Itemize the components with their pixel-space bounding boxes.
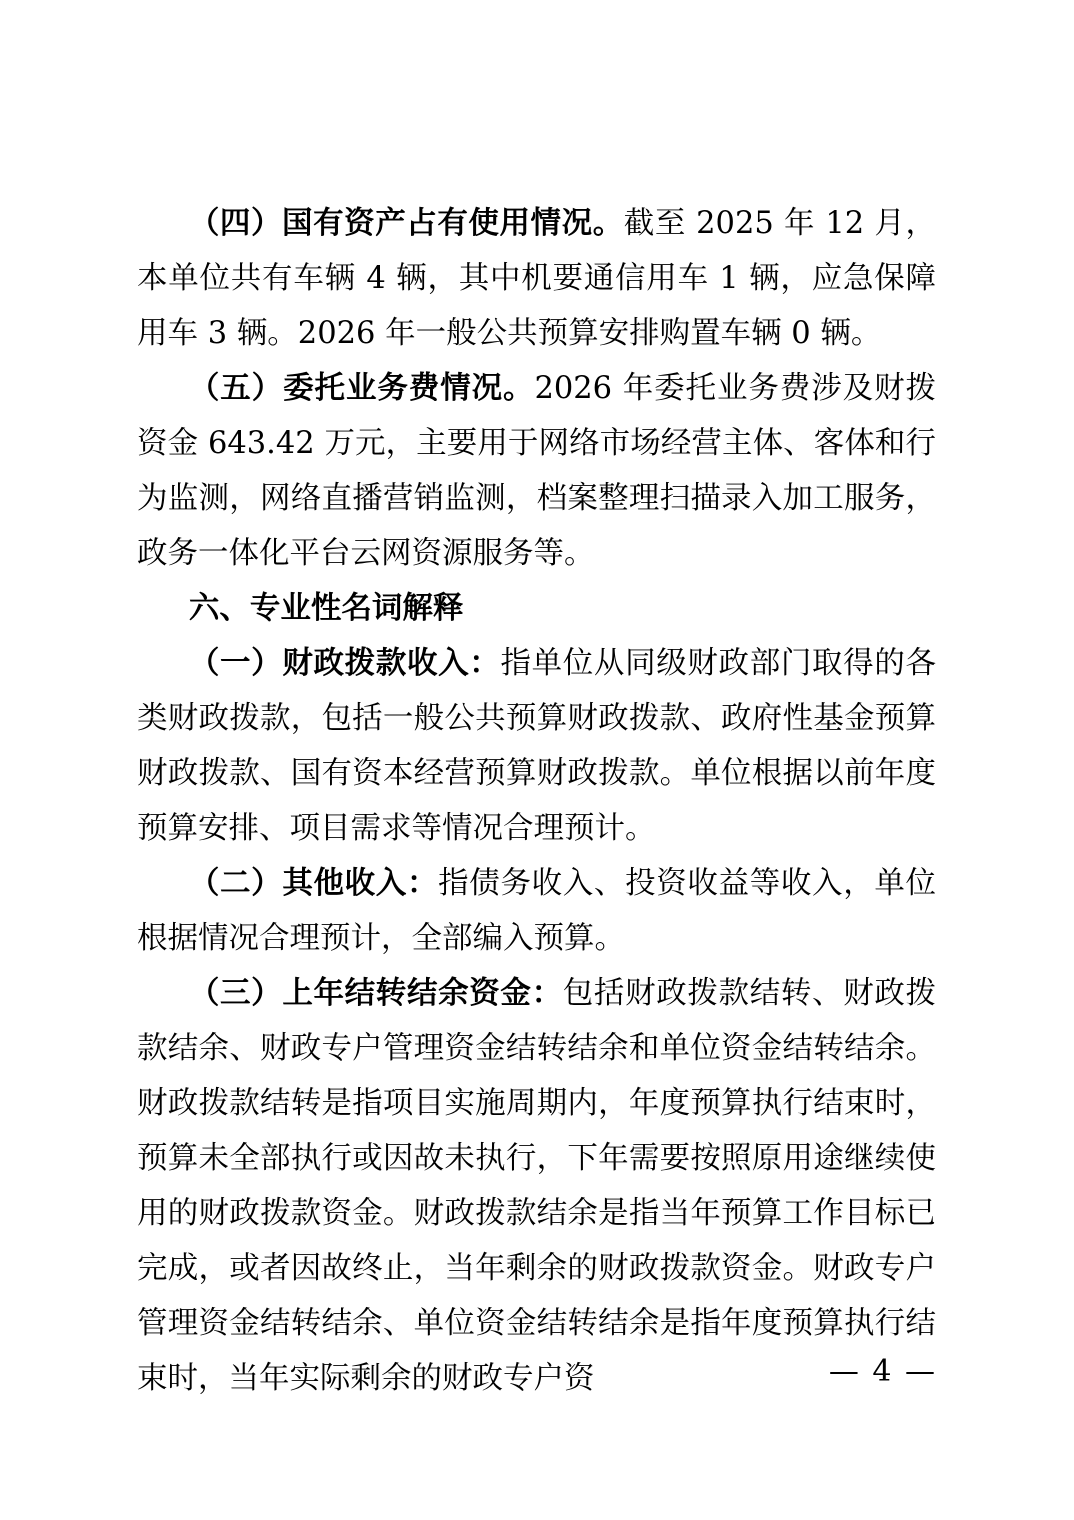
paragraph-state-asset-usage: （四）国有资产占有使用情况。截至 2025 年 12 月，本单位共有车辆 4 辆… <box>137 196 936 361</box>
paragraph-term-fiscal-appropriation-income: （一）财政拨款收入：指单位从同级财政部门取得的各类财政拨款，包括一般公共预算财政… <box>137 636 936 856</box>
paragraph-term-carryover-surplus-funds: （三）上年结转结余资金：包括财政拨款结转、财政拨款结余、财政专户管理资金结转结余… <box>137 966 936 1406</box>
paragraph-term-carryover-surplus-funds-body: 包括财政拨款结转、财政拨款结余、财政专户管理资金结转结余和单位资金结转结余。财政… <box>137 976 936 1396</box>
paragraph-entrusted-business-fee-lead: （五）委托业务费情况。 <box>189 370 535 406</box>
document-page: （四）国有资产占有使用情况。截至 2025 年 12 月，本单位共有车辆 4 辆… <box>0 0 1074 1520</box>
paragraph-state-asset-usage-lead: （四）国有资产占有使用情况。 <box>189 205 624 241</box>
paragraph-term-carryover-surplus-funds-lead: （三）上年结转结余资金： <box>189 975 563 1011</box>
paragraph-term-fiscal-appropriation-income-lead: （一）财政拨款收入： <box>189 645 501 681</box>
page-number: — 4 — <box>829 1352 937 1392</box>
paragraph-entrusted-business-fee: （五）委托业务费情况。2026 年委托业务费涉及财拨资金 643.42 万元，主… <box>137 361 936 581</box>
document-text-block: （四）国有资产占有使用情况。截至 2025 年 12 月，本单位共有车辆 4 辆… <box>137 196 936 1406</box>
section-heading-terminology: 六、专业性名词解释 <box>137 581 936 636</box>
paragraph-term-other-income: （二）其他收入：指债务收入、投资收益等收入，单位根据情况合理预计，全部编入预算。 <box>137 856 936 966</box>
paragraph-term-other-income-lead: （二）其他收入： <box>189 865 438 901</box>
